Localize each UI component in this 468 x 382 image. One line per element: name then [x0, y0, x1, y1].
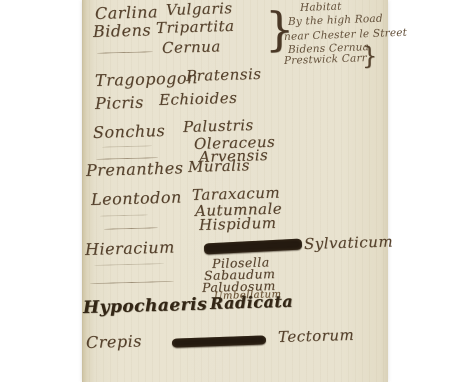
marginal-note-line: Habitat — [300, 1, 342, 14]
strikethrough-blot — [204, 238, 302, 254]
entry-species: Hispidum — [199, 214, 277, 234]
entry-species: Pratensis — [186, 65, 262, 85]
entry-genus: Tragopogon — [95, 68, 198, 90]
manuscript-paper: Carlina Vulgaris Bidens Tripartita } Cer… — [82, 0, 388, 382]
entry-genus: Hieracium — [85, 237, 175, 258]
entry-species: Echioides — [159, 89, 238, 109]
ditto-mark — [97, 51, 153, 53]
ditto-mark — [94, 263, 164, 266]
entry-species: Tripartita — [156, 17, 235, 37]
entry-genus: Hypochaeris — [83, 295, 208, 318]
ditto-mark — [104, 227, 158, 229]
strikethrough-blot — [172, 335, 266, 347]
entry-species: Sylvaticum — [304, 233, 394, 253]
scanned-page-background: Carlina Vulgaris Bidens Tripartita } Cer… — [0, 0, 468, 382]
ditto-mark — [102, 145, 152, 147]
entry-genus: Sonchus — [93, 121, 166, 142]
entry-genus: Bidens — [93, 20, 152, 41]
entry-species: Muralis — [188, 156, 250, 176]
entry-genus: Picris — [95, 93, 144, 113]
ditto-mark — [90, 281, 174, 284]
marginal-note-line: near Chester le Street — [284, 27, 408, 43]
entry-species: Radicata — [210, 292, 294, 313]
ditto-mark — [100, 214, 148, 216]
entry-species: Cernua — [162, 37, 221, 57]
marginal-note-line: Prestwick Carr — [284, 52, 367, 67]
marginal-note-line: By the high Road — [288, 13, 383, 28]
entry-genus: Leontodon — [91, 187, 182, 209]
entry-genus: Crepis — [86, 331, 142, 352]
note-brace: } — [362, 44, 377, 68]
entry-genus: Prenanthes — [86, 158, 184, 180]
entry-species: Tectorum — [278, 326, 355, 346]
